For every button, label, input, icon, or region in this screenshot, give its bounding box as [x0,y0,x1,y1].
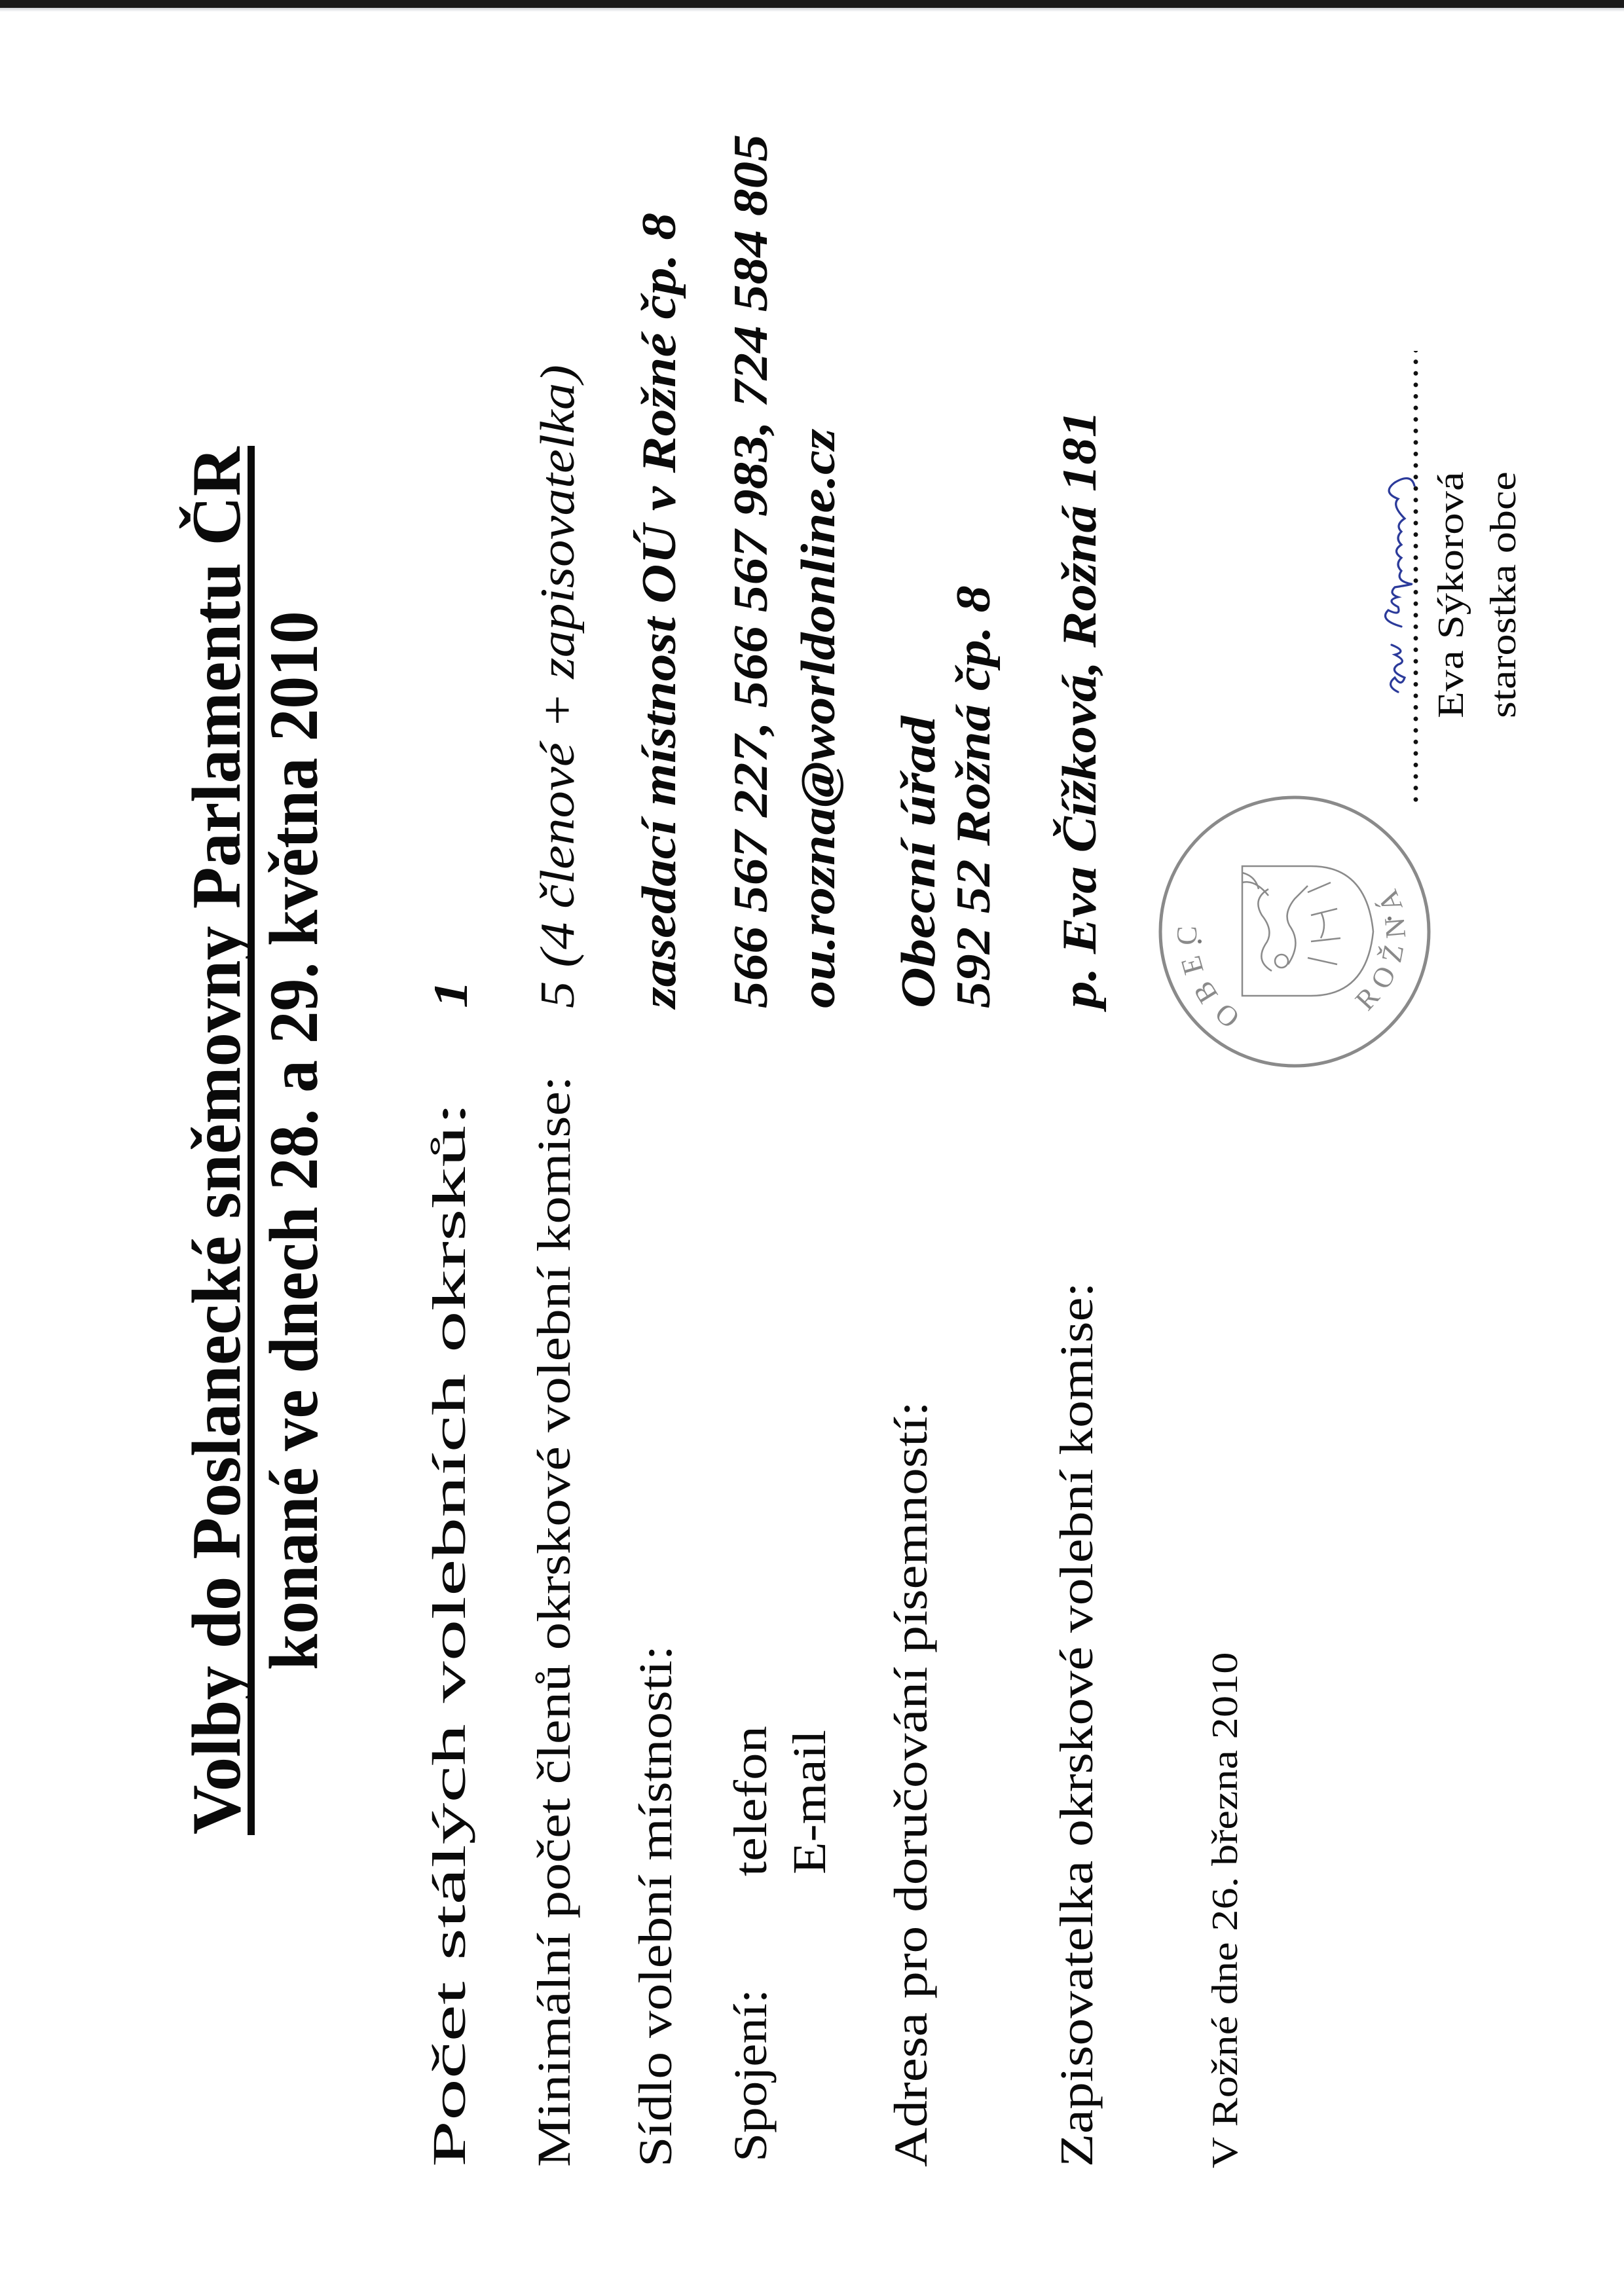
value-phone-numbers: 566 567 227, 566 567 983, 724 584 805 [727,134,775,1008]
rotated-document-page: Volby do Poslanecké sněmovny Parlamentu … [0,0,1624,2296]
value-committee-recorder: p. Eva Čížková, Rožná 181 [1056,410,1104,1008]
label-delivery-address: Adresa pro doručování písemností: [887,1401,934,2167]
label-polling-districts: Počet stálých volebních okrsků: [426,1102,473,2167]
label-committee-recorder: Zapisovatelka okrskové volební komise: [1053,1282,1100,2167]
stamp-bottom-text: ROŽNÁ [1349,877,1412,1017]
value-polling-station: zasedací místnost OÚ v Rožné čp. 8 [635,213,684,1008]
value-email[interactable]: ou.rozna@worldonline.cz [794,429,843,1008]
label-polling-station: Sídlo volební místnosti: [632,1645,679,2167]
signatory-name: Eva Sýkorová [1433,471,1469,718]
label-phone: telefon [727,1726,774,1876]
title-underline [248,446,255,1835]
label-contact: Spojení: [727,1989,774,2162]
lion-coat-of-arms-icon [1242,866,1373,996]
value-delivery-office: Obecní úřad [895,716,943,1008]
signatory-role: starostka obce [1485,471,1522,718]
stamp-top-text: OBEC [1171,917,1246,1034]
municipal-stamp: OBEC ROŽNÁ [1157,794,1432,1069]
handwritten-signature [1372,358,1418,699]
value-delivery-address: 592 52 Rožná čp. 8 [950,585,998,1008]
place-and-date: V Rožné dne 26. března 2010 [1207,1652,1244,2168]
label-min-committee-members: Minimální počet členů okrskové volební k… [530,1076,578,2167]
label-email: E-mail [786,1730,833,1874]
value-polling-districts: 1 [427,980,475,1008]
document-title: Volby do Poslanecké sněmovny Parlamentu … [182,446,251,1834]
value-min-committee-members: 5 (4 členové + zapisovatelka) [534,365,582,1008]
document-subtitle: konané ve dnech 28. a 29. května 2010 [259,611,329,1670]
